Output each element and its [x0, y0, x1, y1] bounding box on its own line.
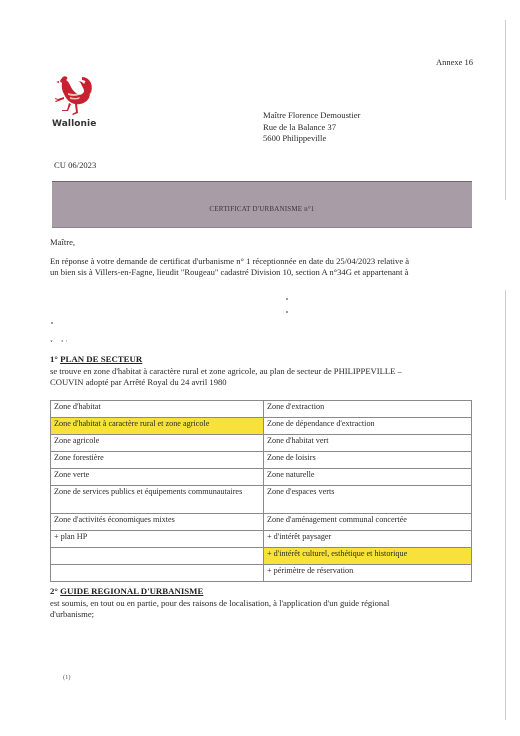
- table-row: + périmètre de réservation: [51, 565, 472, 582]
- table-cell: [51, 565, 264, 582]
- table-row: Zone verteZone naturelle: [51, 469, 472, 486]
- table-cell: [51, 548, 264, 565]
- table-cell: Zone naturelle: [264, 469, 472, 486]
- faded-text: Le bien en cause :: [50, 336, 112, 342]
- footnote-marker: (1): [63, 674, 71, 681]
- text-line: se trouve en zone d'habitat à caractère …: [50, 366, 480, 377]
- text-line: d'urbanisme;: [50, 609, 480, 620]
- intro-line: un bien sis à Villers-en-Fagne, lieudit …: [50, 267, 480, 278]
- logo-text: Wallonie: [52, 119, 102, 129]
- table-cell: Zone verte: [51, 469, 264, 486]
- table-row: Zone de services publics et équipements …: [51, 486, 472, 514]
- intro-paragraph: En réponse à votre demande de certificat…: [50, 256, 480, 278]
- intro-line: En réponse à votre demande de certificat…: [50, 256, 480, 267]
- table-row: + d'intérêt culturel, esthétique et hist…: [51, 548, 472, 565]
- recipient-address: Maître Florence Demoustier Rue de la Bal…: [263, 110, 360, 145]
- table-cell: Zone de services publics et équipements …: [51, 486, 264, 514]
- rooster-icon: [52, 75, 96, 117]
- section-1-title: 1° PLAN DE SECTEUR: [50, 354, 142, 364]
- table-row: Zone agricoleZone d'habitat vert: [51, 435, 472, 452]
- recipient-name: Maître Florence Demoustier: [263, 110, 360, 122]
- text-line: est soumis, en tout ou en partie, pour d…: [50, 598, 480, 609]
- table-cell: Zone d'activités économiques mixtes: [51, 514, 264, 531]
- blank-area: [40, 284, 500, 318]
- zones-table: Zone d'habitatZone d'extractionZone d'ha…: [50, 400, 472, 582]
- table-cell: Zone de dépendance d'extraction: [264, 418, 472, 435]
- table-cell: Zone forestière: [51, 452, 264, 469]
- section-heading: PLAN DE SECTEUR: [60, 354, 142, 364]
- salutation: Maître,: [50, 237, 75, 247]
- table-cell: Zone d'habitat vert: [264, 435, 472, 452]
- section-number: 1°: [50, 354, 58, 364]
- table-cell: Zone de loisirs: [264, 452, 472, 469]
- table-cell: Zone d'espaces verts: [264, 486, 472, 514]
- scan-speck: [51, 322, 53, 324]
- table-cell: + plan HP: [51, 531, 264, 548]
- section-2-title: 2° GUIDE REGIONAL D'URBANISME: [50, 586, 203, 596]
- table-row: + plan HP+ d'intérêt paysager: [51, 531, 472, 548]
- section-number: 2°: [50, 586, 58, 596]
- recipient-city: 5600 Philippeville: [263, 133, 360, 145]
- table-row: Zone d'habitat à caractère rural et zone…: [51, 418, 472, 435]
- annexe-label: Annexe 16: [436, 57, 473, 67]
- table-cell: + d'intérêt paysager: [264, 531, 472, 548]
- wallonie-logo: Wallonie: [52, 75, 102, 129]
- scan-speck: [286, 298, 288, 300]
- table-cell: + d'intérêt culturel, esthétique et hist…: [264, 548, 472, 565]
- table-cell: Zone d'habitat à caractère rural et zone…: [51, 418, 264, 435]
- document-title: CERTIFICAT D'URBANISME n°1: [209, 197, 314, 213]
- recipient-street: Rue de la Balance 37: [263, 122, 360, 134]
- table-cell: Zone d'extraction: [264, 401, 472, 418]
- scan-speck: [286, 311, 288, 313]
- page-edge: [505, 20, 506, 200]
- table-row: Zone d'activités économiques mixtesZone …: [51, 514, 472, 531]
- text-line: COUVIN adopté par Arrêté Royal du 24 avr…: [50, 377, 480, 388]
- title-banner: CERTIFICAT D'URBANISME n°1: [52, 181, 472, 228]
- table-row: Zone forestièreZone de loisirs: [51, 452, 472, 469]
- section-1-text: se trouve en zone d'habitat à caractère …: [50, 366, 480, 388]
- table-cell: Zone d'habitat: [51, 401, 264, 418]
- table-cell: Zone d'aménagement communal concertée: [264, 514, 472, 531]
- page-edge: [505, 290, 506, 720]
- section-2-text: est soumis, en tout ou en partie, pour d…: [50, 598, 480, 620]
- reference-number: CU 06/2023: [54, 160, 96, 170]
- table-cell: Zone agricole: [51, 435, 264, 452]
- table-cell: + périmètre de réservation: [264, 565, 472, 582]
- section-heading: GUIDE REGIONAL D'URBANISME: [60, 586, 203, 596]
- table-row: Zone d'habitatZone d'extraction: [51, 401, 472, 418]
